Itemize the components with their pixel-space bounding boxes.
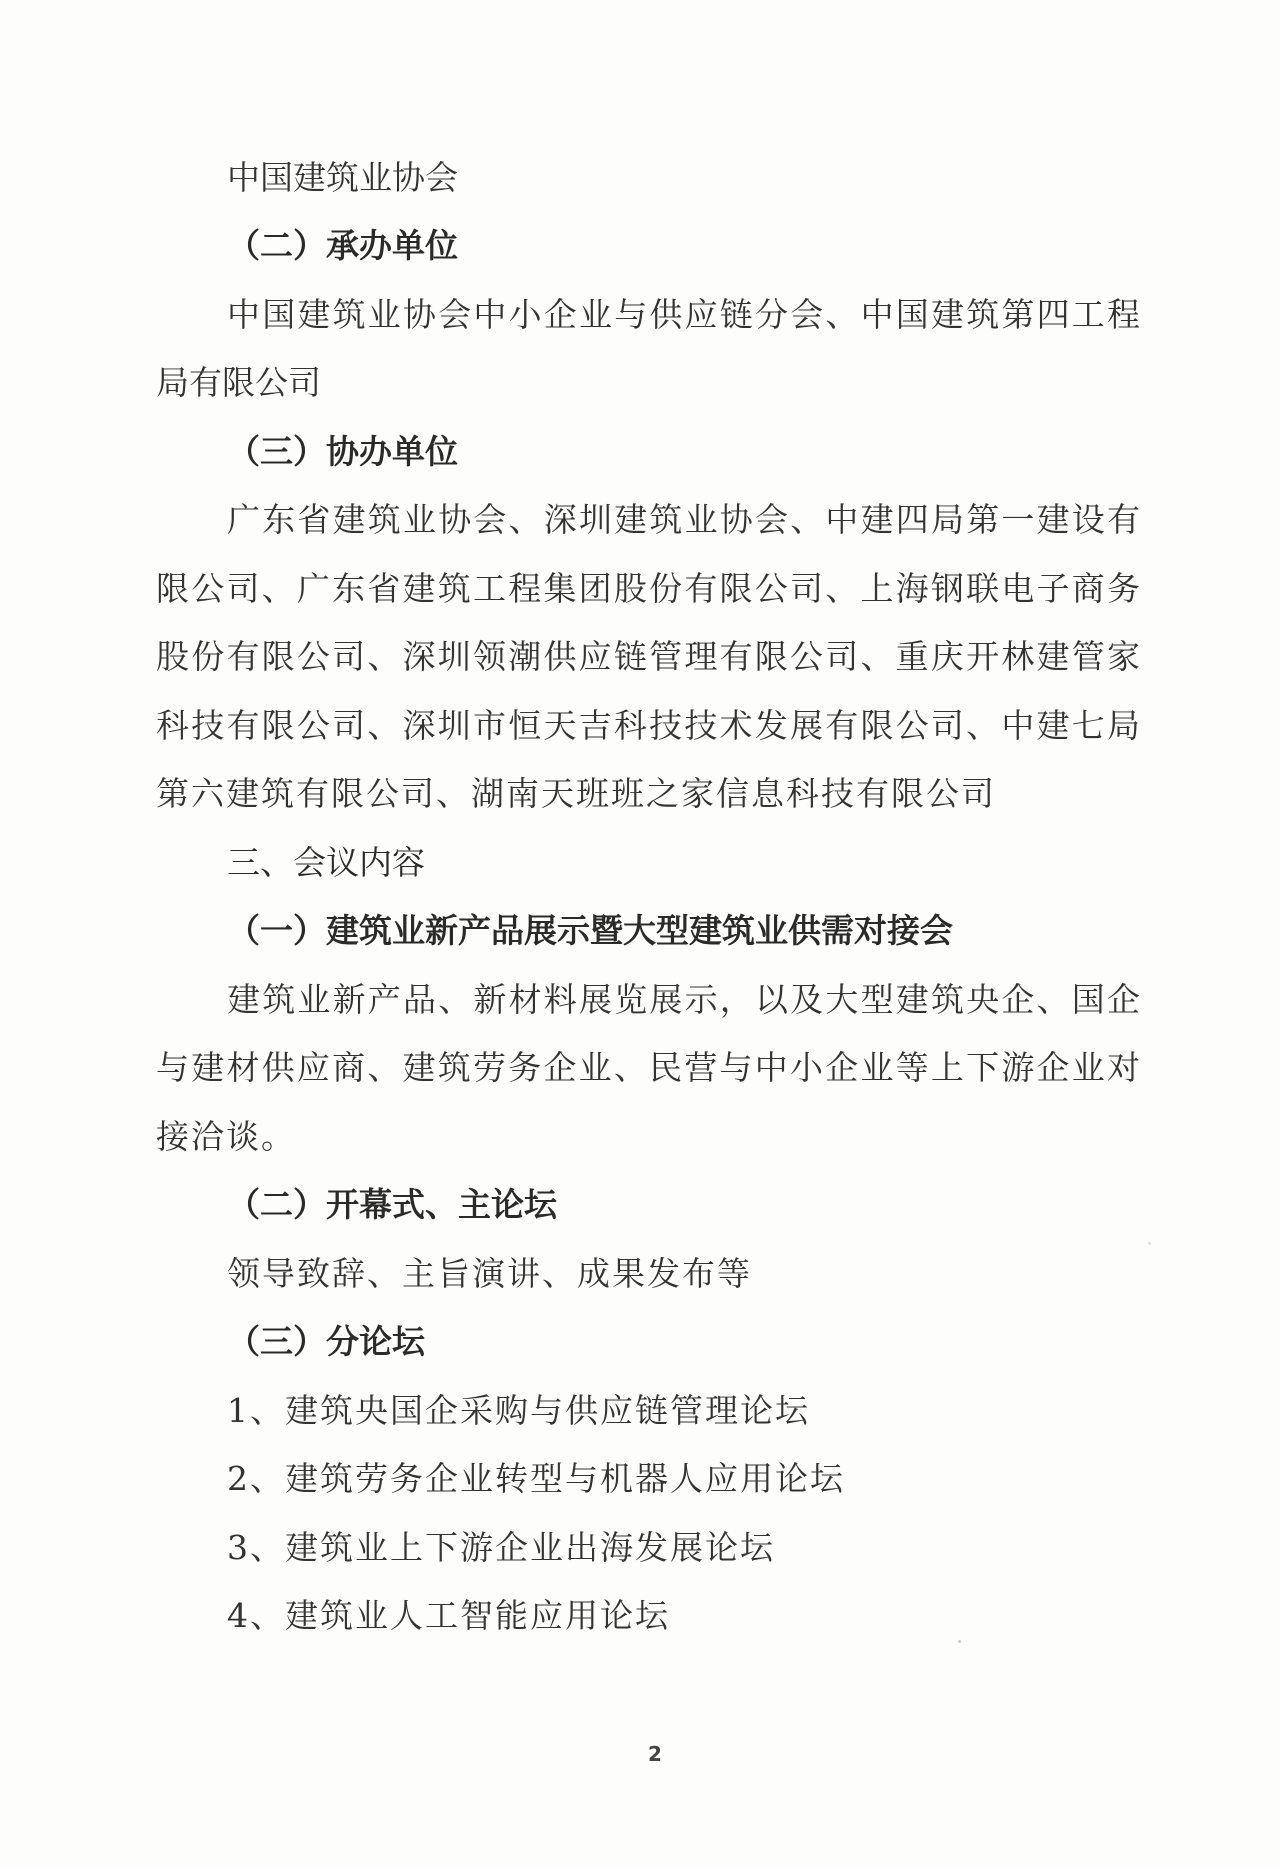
scan-speck: [958, 1640, 961, 1643]
list-item: 1、建筑央国企采购与供应链管理论坛: [227, 1389, 810, 1433]
paragraph-line: 限公司、广东省建筑工程集团股份有限公司、上海钢联电子商务: [156, 567, 1140, 611]
paragraph-line: 广东省建筑业协会、深圳建筑业协会、中建四局第一建设有: [227, 498, 1140, 542]
heading-expo-and-matchmaking: （一）建筑业新产品展示暨大型建筑业供需对接会: [227, 909, 953, 953]
paragraph-line: 科技有限公司、深圳市恒天吉科技技术发展有限公司、中建七局: [156, 704, 1140, 748]
paragraph-line: 建筑业新产品、新材料展览展示，以及大型建筑央企、国企: [227, 978, 1140, 1022]
scan-speck: [1148, 1242, 1151, 1245]
paragraph-line: 局有限公司: [156, 361, 321, 405]
paragraph-line: 股份有限公司、深圳领潮供应链管理有限公司、重庆开林建管家: [156, 635, 1140, 679]
list-item: 3、建筑业上下游企业出海发展论坛: [227, 1526, 775, 1570]
heading-opening-main-forum: （二）开幕式、主论坛: [227, 1183, 557, 1227]
document-page: 中国建筑业协会 （二）承办单位 中国建筑业协会中小企业与供应链分会、中国建筑第四…: [0, 0, 1280, 1866]
heading-sub-forums: （三）分论坛: [227, 1320, 425, 1364]
paragraph-line: 中国建筑业协会中小企业与供应链分会、中国建筑第四工程: [227, 293, 1140, 337]
heading-assisting-units: （三）协办单位: [227, 430, 458, 474]
paragraph-line: 接洽谈。: [156, 1115, 296, 1159]
heading-co-organizer-undertaking: （二）承办单位: [227, 224, 458, 268]
page-number: 2: [640, 1742, 670, 1766]
list-item: 2、建筑劳务企业转型与机器人应用论坛: [227, 1457, 845, 1501]
paragraph-line: 与建材供应商、建筑劳务企业、民营与中小企业等上下游企业对: [156, 1046, 1140, 1090]
paragraph-line: 领导致辞、主旨演讲、成果发布等: [227, 1252, 752, 1296]
list-item: 4、建筑业人工智能应用论坛: [227, 1594, 670, 1638]
section-heading-meeting-content: 三、会议内容: [227, 841, 425, 885]
paragraph-line: 第六建筑有限公司、湖南天班班之家信息科技有限公司: [156, 772, 996, 816]
organizer-name: 中国建筑业协会: [227, 156, 458, 200]
